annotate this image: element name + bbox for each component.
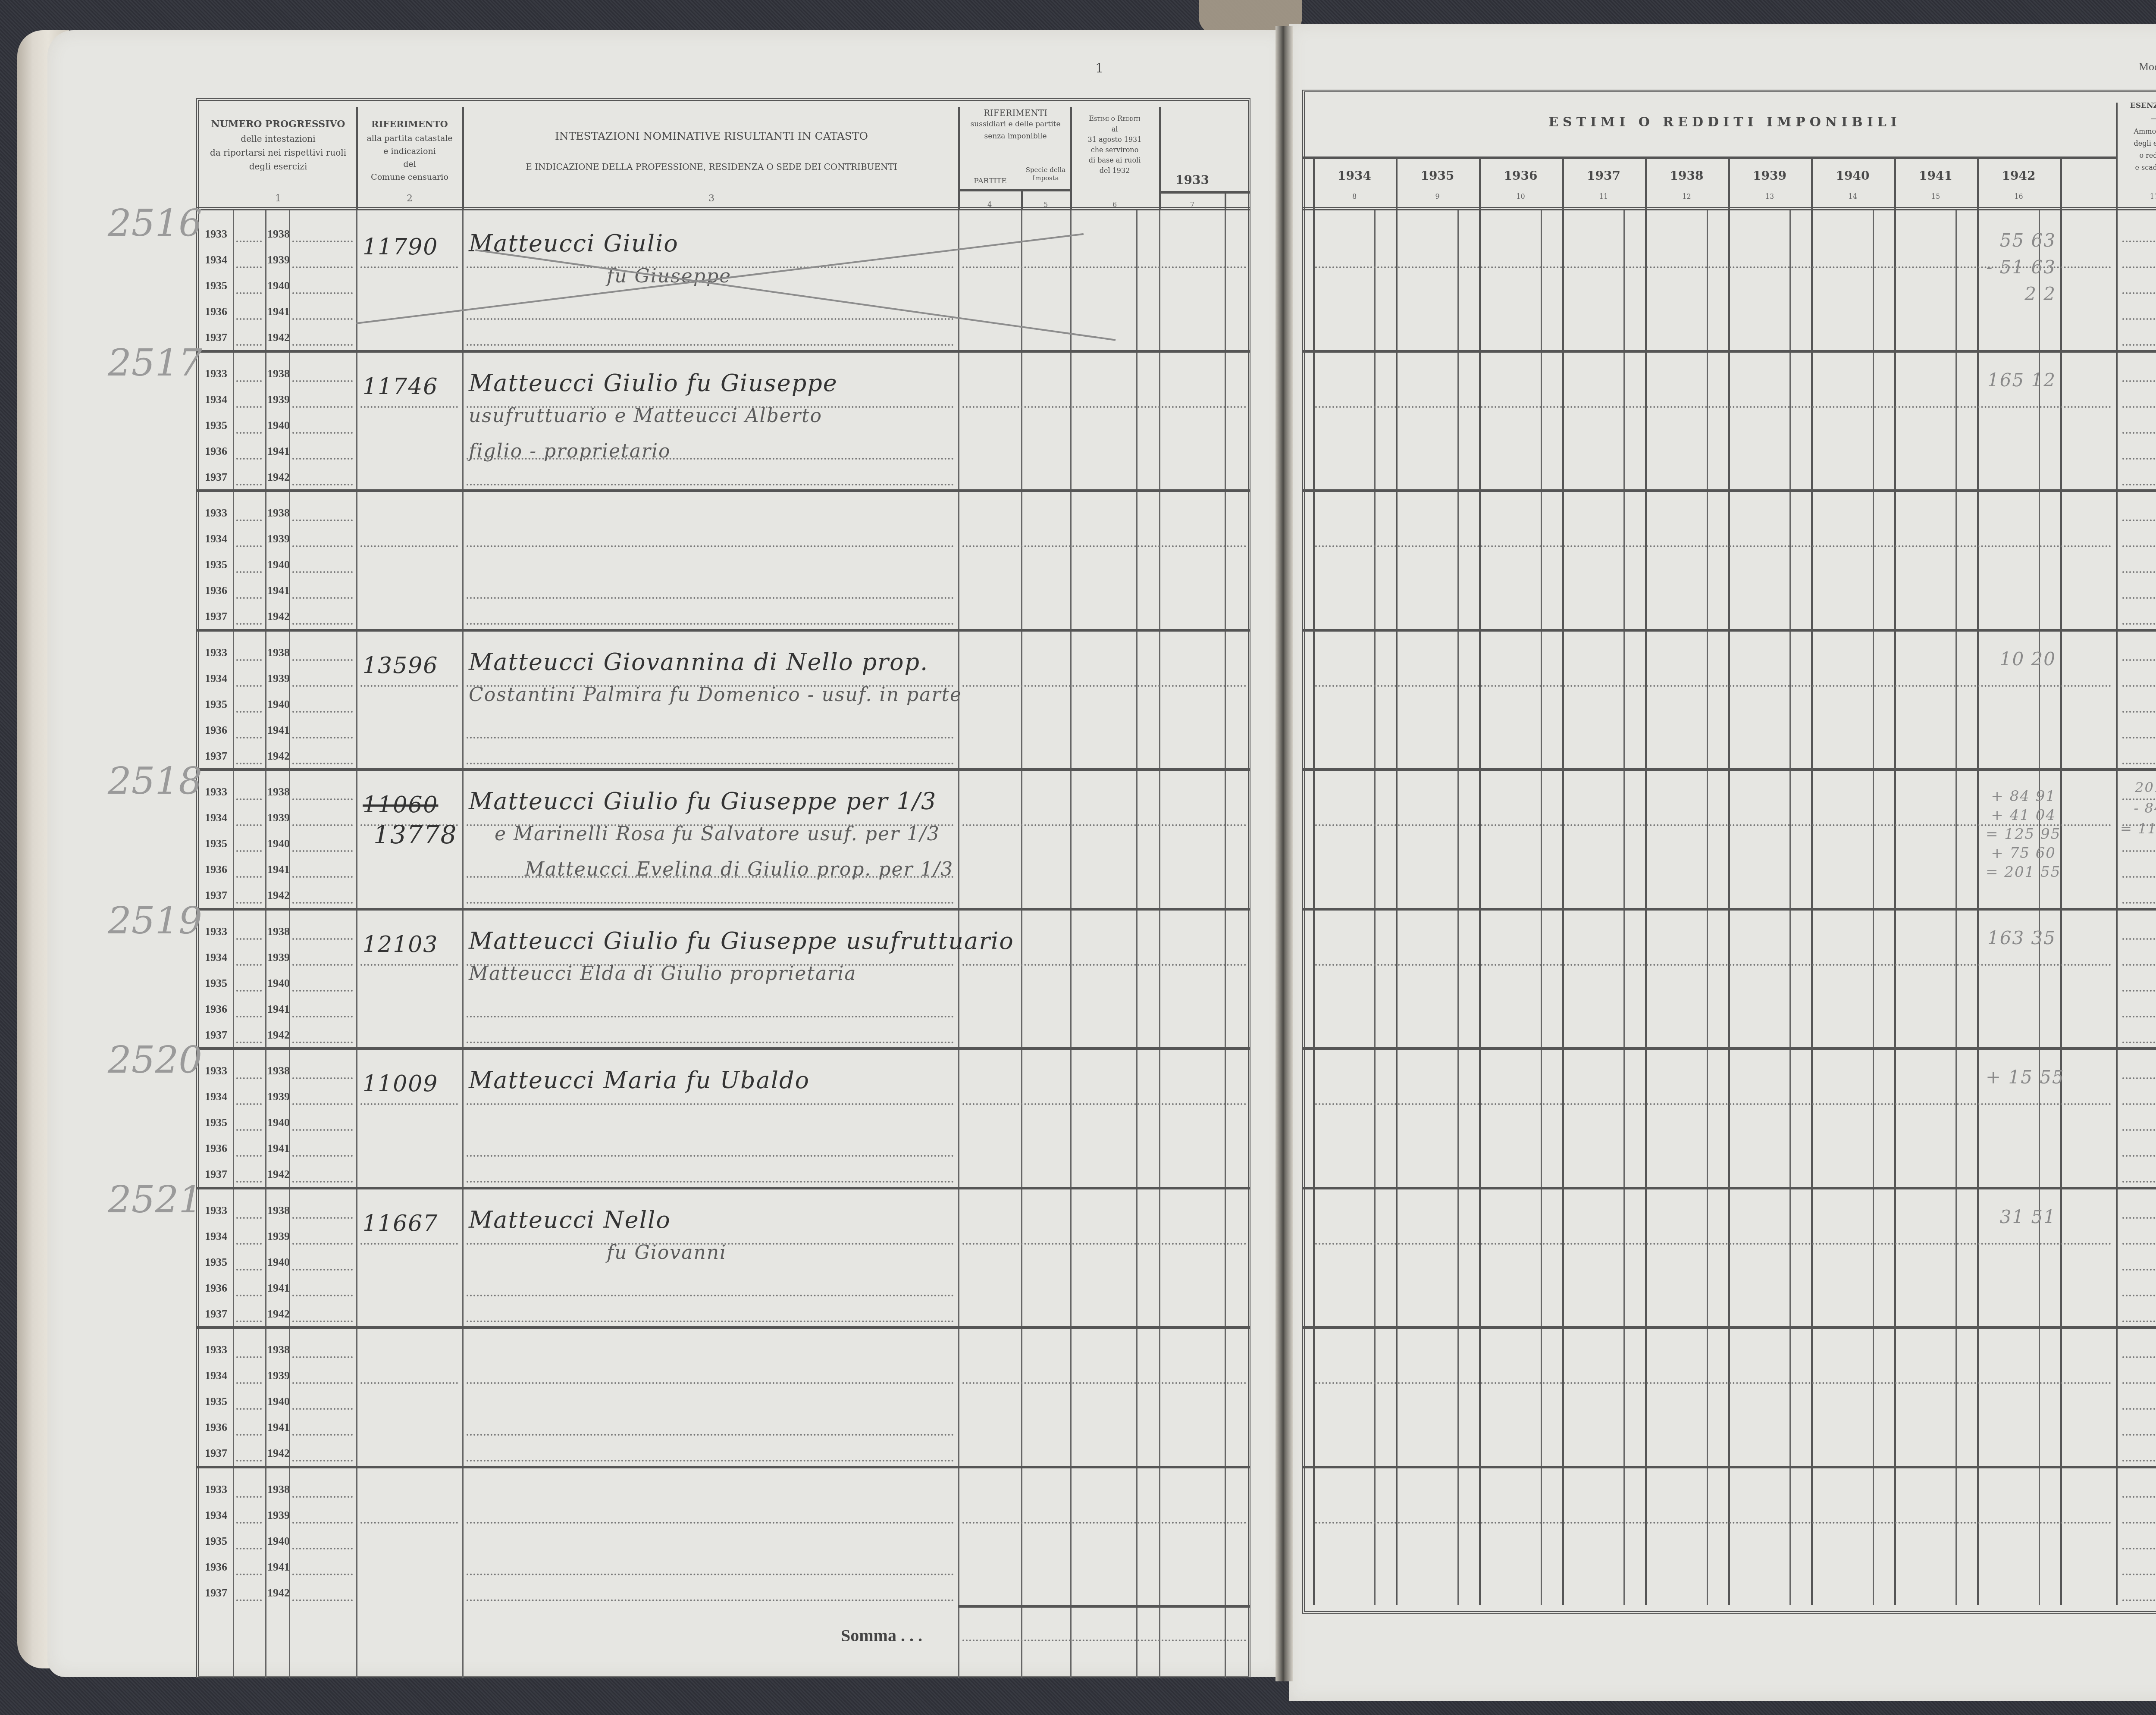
year-label: 1936 xyxy=(205,1003,227,1016)
dotted-rule xyxy=(292,902,353,904)
year-label: 1942 xyxy=(267,889,290,902)
dotted-rule xyxy=(2122,1356,2156,1358)
year-label: 1934 xyxy=(205,1230,227,1243)
somma-label: Somma . . . xyxy=(841,1625,922,1646)
year-label: 1942 xyxy=(267,1308,290,1321)
dotted-rule xyxy=(2122,344,2156,346)
dotted-rule xyxy=(1315,964,2112,966)
column-rule xyxy=(1021,210,1022,1678)
header-divider xyxy=(1396,159,1398,210)
dotted-rule xyxy=(2122,1129,2156,1131)
record-margin-number: 2521 xyxy=(108,1178,202,1221)
dotted-rule xyxy=(467,737,954,739)
year-label: 1937 xyxy=(205,750,227,763)
dotted-rule xyxy=(467,1599,954,1601)
dotted-rule xyxy=(1315,406,2112,408)
dotted-rule xyxy=(2122,1382,2156,1384)
dotted-rule xyxy=(292,1269,353,1271)
dotted-rule xyxy=(360,1243,458,1245)
year-label: 1939 xyxy=(267,811,290,824)
dotted-rule xyxy=(236,1460,262,1462)
year-label: 1939 xyxy=(267,1230,290,1243)
column-rule xyxy=(1070,210,1072,1678)
year-label: 1934 xyxy=(205,1509,227,1522)
year-label: 1940 xyxy=(267,1116,290,1129)
dotted-rule xyxy=(236,1269,262,1271)
dotted-rule xyxy=(292,711,353,713)
year-label: 1938 xyxy=(267,1064,290,1077)
dotted-rule xyxy=(292,876,353,878)
dotted-rule xyxy=(236,1382,262,1384)
year-label: 1942 xyxy=(267,1168,290,1181)
dotted-rule xyxy=(360,406,458,408)
record-separator xyxy=(1302,350,2156,353)
dotted-rule xyxy=(292,1548,353,1549)
record-separator xyxy=(196,489,1250,492)
year-label: 1941 xyxy=(267,445,290,458)
col2-desc-line: alla partita catastale xyxy=(358,134,461,144)
year-label: 1941 xyxy=(267,1003,290,1016)
record-separator xyxy=(1302,908,2156,911)
record-separator xyxy=(196,1326,1250,1329)
dotted-rule xyxy=(292,1103,353,1105)
partite-label: PARTITE xyxy=(959,177,1021,186)
year-label: 1938 xyxy=(267,367,290,380)
dotted-rule xyxy=(962,266,1246,268)
year-label: 1939 xyxy=(267,1369,290,1382)
dotted-rule xyxy=(962,824,1246,826)
estimate-value-1942: + 15 55 xyxy=(1986,1067,2056,1088)
estimate-value-1942: 10 20 xyxy=(1986,648,2056,670)
year-label: 1936 xyxy=(205,1282,227,1295)
year-label: 1938 xyxy=(267,1343,290,1356)
dotted-rule xyxy=(2122,1181,2156,1183)
year-label: 1940 xyxy=(267,977,290,990)
owner-name-line: Matteucci Nello xyxy=(469,1206,671,1233)
dotted-rule xyxy=(236,1548,262,1549)
dotted-rule xyxy=(236,1016,262,1017)
dotted-rule xyxy=(360,1103,458,1105)
year-label: 1941 xyxy=(267,1421,290,1434)
dotted-rule xyxy=(2122,990,2156,992)
dotted-rule xyxy=(360,1382,458,1384)
year-header-1940: 1940 xyxy=(1811,168,1894,183)
owner-name-line: Matteucci Evelina di Giulio prop. per 1/… xyxy=(525,858,953,880)
year-header-1939: 1939 xyxy=(1728,168,1811,183)
year-label: 1934 xyxy=(205,951,227,964)
column-rule xyxy=(356,210,357,1678)
col6-desc-line: 31 agosto 1931 xyxy=(1072,135,1158,144)
dotted-rule xyxy=(292,318,353,320)
dotted-rule xyxy=(467,763,954,764)
dotted-rule xyxy=(236,520,262,521)
dotted-rule xyxy=(1315,1522,2112,1524)
dotted-rule xyxy=(2122,876,2156,878)
esenzioni-desc-line: degli estimi xyxy=(2116,139,2156,148)
col4-5-desc-line: senza imponibile xyxy=(959,132,1072,141)
record-separator xyxy=(1302,1326,2156,1329)
year-label: 1941 xyxy=(267,305,290,318)
partita-number-new: 13778 xyxy=(373,820,458,849)
dotted-rule xyxy=(236,1103,262,1105)
record-separator xyxy=(1302,1187,2156,1189)
estimate-value-1942: = 201 55 xyxy=(1986,864,2056,881)
record-separator xyxy=(196,629,1250,632)
dotted-rule xyxy=(467,902,954,904)
record-separator xyxy=(1302,489,2156,492)
owner-name-line: fu Giovanni xyxy=(607,1242,727,1264)
year-label: 1941 xyxy=(267,1282,290,1295)
dotted-rule xyxy=(292,685,353,687)
dotted-rule xyxy=(292,1496,353,1498)
year-header-1934: 1934 xyxy=(1313,168,1396,183)
dotted-rule xyxy=(236,1522,262,1524)
year-label: 1933 xyxy=(205,1204,227,1217)
record-margin-number: 2519 xyxy=(108,899,202,942)
dotted-rule xyxy=(236,1434,262,1436)
owner-name-line: Costantini Palmira fu Domenico - usuf. i… xyxy=(469,684,962,706)
dotted-rule xyxy=(292,1077,353,1079)
dotted-rule xyxy=(236,659,262,661)
left-table-frame xyxy=(196,98,1250,1678)
year-col-number: 8 xyxy=(1313,192,1396,200)
dotted-rule xyxy=(2122,292,2156,294)
dotted-rule xyxy=(2122,1042,2156,1043)
dotted-rule xyxy=(962,1522,1246,1524)
dotted-rule xyxy=(236,266,262,268)
owner-name-line: Matteucci Giulio fu Giuseppe xyxy=(469,369,838,397)
dotted-rule xyxy=(2122,432,2156,434)
dotted-rule xyxy=(467,1042,954,1043)
year-label: 1936 xyxy=(205,1561,227,1574)
dotted-rule xyxy=(292,1129,353,1131)
estimate-value-1942: 165 12 xyxy=(1986,369,2056,391)
owner-name-line: usufruttuario e Matteucci Alberto xyxy=(469,405,822,427)
year-label: 1940 xyxy=(267,698,290,711)
col6-title: Estimi o Redditi xyxy=(1072,114,1158,123)
dotted-rule xyxy=(467,344,954,346)
dotted-rule xyxy=(2122,938,2156,940)
year-label: 1941 xyxy=(267,863,290,876)
dotted-rule xyxy=(962,1103,1246,1105)
column-rule xyxy=(1225,210,1226,1678)
year-label: 1934 xyxy=(205,532,227,545)
col7-subrule xyxy=(1159,191,1250,194)
col6-desc-line: del 1932 xyxy=(1072,166,1158,175)
year-label: 1942 xyxy=(267,1587,290,1599)
dotted-rule xyxy=(2122,1522,2156,1524)
dotted-rule xyxy=(962,1382,1246,1384)
year-label: 1935 xyxy=(205,279,227,292)
col2-desc-line: del xyxy=(358,160,461,170)
year-label: 1938 xyxy=(267,1483,290,1496)
dotted-rule xyxy=(467,1321,954,1322)
dotted-rule xyxy=(292,520,353,521)
esenzioni-value: 201 55 xyxy=(2120,779,2156,795)
estimate-value-1942: + 75 60 xyxy=(1986,845,2056,862)
esenzioni-desc-line: Ammontare xyxy=(2116,127,2156,136)
col6-desc-line: che servirono xyxy=(1072,146,1158,154)
header-divider xyxy=(1313,159,1315,210)
header-divider xyxy=(1977,159,1979,210)
header-divider xyxy=(1021,191,1023,210)
somma-rule xyxy=(958,1605,1250,1608)
dotted-rule xyxy=(2122,711,2156,713)
esenzioni-number: 17 xyxy=(2116,192,2156,200)
year-col-number: 16 xyxy=(1977,192,2060,200)
dotted-rule xyxy=(236,1408,262,1410)
dotted-rule xyxy=(2122,241,2156,242)
esenzioni-dash: — xyxy=(2116,114,2156,123)
dotted-rule xyxy=(292,737,353,739)
dotted-rule xyxy=(236,990,262,992)
column-rule xyxy=(1136,210,1138,1678)
dotted-rule xyxy=(236,1155,262,1157)
year-label: 1935 xyxy=(205,1535,227,1548)
record-separator xyxy=(196,1047,1250,1050)
dotted-rule xyxy=(2122,484,2156,485)
column-rule xyxy=(265,210,266,1678)
dotted-rule xyxy=(2122,1321,2156,1322)
header-divider xyxy=(1159,107,1161,210)
year-label: 1933 xyxy=(205,1483,227,1496)
dotted-rule xyxy=(2122,406,2156,408)
estimate-value-1942: - 51 63 xyxy=(1986,257,2056,278)
header-divider xyxy=(1562,159,1564,210)
dotted-rule xyxy=(1315,1103,2112,1105)
dotted-rule xyxy=(1315,1243,2112,1245)
year-label: 1940 xyxy=(267,1535,290,1548)
year-label: 1934 xyxy=(205,253,227,266)
record-separator xyxy=(196,350,1250,353)
dotted-rule xyxy=(292,1181,353,1183)
dotted-rule xyxy=(292,1522,353,1524)
dotted-rule xyxy=(292,458,353,460)
dotted-rule xyxy=(962,685,1246,687)
column-rule xyxy=(1159,210,1160,1678)
dotted-rule xyxy=(2122,1548,2156,1549)
year-label: 1933 xyxy=(205,646,227,659)
dotted-rule xyxy=(292,1155,353,1157)
dotted-rule xyxy=(467,1434,954,1436)
dotted-rule xyxy=(236,241,262,242)
dotted-rule xyxy=(467,623,954,625)
dotted-rule xyxy=(292,1042,353,1043)
year-label: 1942 xyxy=(267,471,290,484)
column-rule xyxy=(233,210,234,1678)
year-label: 1938 xyxy=(267,228,290,241)
estimate-value-1942: 163 35 xyxy=(1986,927,2056,948)
year-label: 1936 xyxy=(205,445,227,458)
dotted-rule xyxy=(2122,1599,2156,1601)
year-label: 1937 xyxy=(205,1029,227,1042)
col1-title: NUMERO PROGRESSIVO xyxy=(203,119,354,131)
dotted-rule xyxy=(1315,1382,2112,1384)
dotted-rule xyxy=(360,964,458,966)
dotted-rule xyxy=(236,571,262,573)
dotted-rule xyxy=(236,1077,262,1079)
dotted-rule xyxy=(2122,318,2156,320)
dotted-rule xyxy=(236,432,262,434)
dotted-rule xyxy=(236,1181,262,1183)
dotted-rule xyxy=(236,623,262,625)
dotted-rule xyxy=(236,292,262,294)
dotted-rule xyxy=(292,659,353,661)
dotted-rule xyxy=(2122,1574,2156,1575)
year-label: 1939 xyxy=(267,532,290,545)
dotted-rule xyxy=(236,1574,262,1575)
year-label: 1934 xyxy=(205,393,227,406)
year-label: 1935 xyxy=(205,1256,227,1269)
year-label: 1934 xyxy=(205,1090,227,1103)
col6-desc-line: al xyxy=(1072,125,1158,134)
year-header-1941: 1941 xyxy=(1894,168,1977,183)
year-label: 1940 xyxy=(267,837,290,850)
dotted-rule xyxy=(2122,685,2156,687)
dotted-rule xyxy=(292,1434,353,1436)
record-separator xyxy=(196,908,1250,911)
year-label: 1937 xyxy=(205,1308,227,1321)
dotted-rule xyxy=(292,266,353,268)
dotted-rule xyxy=(236,798,262,800)
dotted-rule xyxy=(1315,685,2112,687)
estimi-subrule xyxy=(1302,156,2116,159)
year-label: 1942 xyxy=(267,610,290,623)
year-label: 1942 xyxy=(267,1029,290,1042)
record-margin-number: 2516 xyxy=(108,202,202,245)
owner-name-line: Matteucci Giulio fu Giuseppe per 1/3 xyxy=(469,788,937,815)
col3-number: 3 xyxy=(705,193,718,204)
dotted-rule xyxy=(236,938,262,940)
dotted-rule xyxy=(467,1460,954,1462)
dotted-rule xyxy=(2122,737,2156,739)
estimate-value-1942: + 41 04 xyxy=(1986,807,2056,824)
dotted-rule xyxy=(292,406,353,408)
year-label: 1933 xyxy=(205,1064,227,1077)
dotted-rule xyxy=(2122,1496,2156,1498)
year-col-number: 10 xyxy=(1479,192,1562,200)
dotted-rule xyxy=(2122,659,2156,661)
dotted-rule xyxy=(236,902,262,904)
dotted-rule xyxy=(236,964,262,966)
dotted-rule xyxy=(2122,1103,2156,1105)
year-label: 1935 xyxy=(205,558,227,571)
year-label: 1938 xyxy=(267,925,290,938)
dotted-rule xyxy=(292,545,353,547)
dotted-rule xyxy=(467,1181,954,1183)
dotted-rule xyxy=(2122,623,2156,625)
dotted-rule xyxy=(2122,1077,2156,1079)
column-rule xyxy=(462,210,464,1678)
dotted-rule xyxy=(236,850,262,852)
col1-desc-line: degli esercizi xyxy=(203,161,354,172)
header-divider xyxy=(1479,159,1481,210)
dotted-rule xyxy=(2122,1434,2156,1436)
dotted-rule xyxy=(2122,571,2156,573)
estimi-title: ESTIMI O REDDITI IMPONIBILI xyxy=(1423,114,2027,131)
year-label: 1937 xyxy=(205,471,227,484)
dotted-rule xyxy=(2122,520,2156,521)
dotted-rule xyxy=(236,344,262,346)
owner-name-line: Matteucci Giulio fu Giuseppe usufruttuar… xyxy=(469,927,1014,955)
year-label: 1940 xyxy=(267,419,290,432)
dotted-rule xyxy=(2122,1016,2156,1017)
year-label: 1938 xyxy=(267,646,290,659)
header-divider xyxy=(1894,159,1896,210)
record-separator xyxy=(1302,629,2156,632)
year-label: 1936 xyxy=(205,863,227,876)
dotted-rule xyxy=(236,1042,262,1043)
year-header-1938: 1938 xyxy=(1645,168,1728,183)
dotted-rule xyxy=(292,1408,353,1410)
dotted-rule xyxy=(2122,902,2156,904)
dotted-rule xyxy=(467,1382,954,1384)
year-label: 1937 xyxy=(205,889,227,902)
dotted-rule xyxy=(236,458,262,460)
owner-name-line: Matteucci Elda di Giulio proprietaria xyxy=(469,963,857,985)
year-label: 1941 xyxy=(267,724,290,737)
year-header-1936: 1936 xyxy=(1479,168,1562,183)
year-label: 1942 xyxy=(267,750,290,763)
dotted-rule xyxy=(360,685,458,687)
year-label: 1936 xyxy=(205,724,227,737)
form-code: Mod. 111 - Imposte Dirette (Intercalare)… xyxy=(2139,60,2156,73)
header-divider xyxy=(1811,159,1813,210)
record-separator xyxy=(196,768,1250,771)
year-label: 1935 xyxy=(205,1395,227,1408)
dotted-rule xyxy=(236,876,262,878)
left-header-rule xyxy=(196,207,1250,210)
record-margin-number: 2518 xyxy=(108,760,202,803)
dotted-rule xyxy=(292,1016,353,1017)
dotted-rule xyxy=(292,241,353,242)
dotted-rule xyxy=(2122,597,2156,599)
owner-name-line: Matteucci Maria fu Ubaldo xyxy=(469,1067,810,1094)
year-label: 1940 xyxy=(267,279,290,292)
year-label: 1933 xyxy=(205,786,227,798)
dotted-rule xyxy=(292,850,353,852)
year-label: 1936 xyxy=(205,584,227,597)
riferimenti-subrule xyxy=(958,189,1070,191)
year-col-number: 13 xyxy=(1728,192,1811,200)
col7-year: 1933 xyxy=(1160,172,1225,188)
col4-5-desc-line: sussidiari e delle partite xyxy=(959,120,1072,129)
year-label: 1936 xyxy=(205,305,227,318)
partita-number: 11746 xyxy=(363,374,438,400)
dotted-rule xyxy=(2122,850,2156,852)
dotted-rule xyxy=(292,798,353,800)
col1-desc-line: delle intestazioni xyxy=(203,134,354,144)
dotted-rule xyxy=(292,1243,353,1245)
header-divider xyxy=(1225,191,1226,210)
year-label: 1940 xyxy=(267,1256,290,1269)
dotted-rule xyxy=(292,380,353,382)
dotted-rule xyxy=(236,1356,262,1358)
dotted-rule xyxy=(2122,1408,2156,1410)
dotted-rule xyxy=(236,406,262,408)
dotted-rule xyxy=(467,1295,954,1296)
dotted-rule xyxy=(360,1522,458,1524)
esenzioni-value: = 116.64 xyxy=(2120,820,2156,837)
col1-desc-line: da riportarsi nei rispettivi ruoli xyxy=(203,147,354,158)
book-gutter xyxy=(1275,26,1293,1681)
year-label: 1938 xyxy=(267,507,290,520)
dotted-rule xyxy=(292,1295,353,1296)
header-divider xyxy=(1728,159,1730,210)
year-label: 1933 xyxy=(205,1343,227,1356)
header-divider xyxy=(462,107,464,210)
year-label: 1937 xyxy=(205,610,227,623)
